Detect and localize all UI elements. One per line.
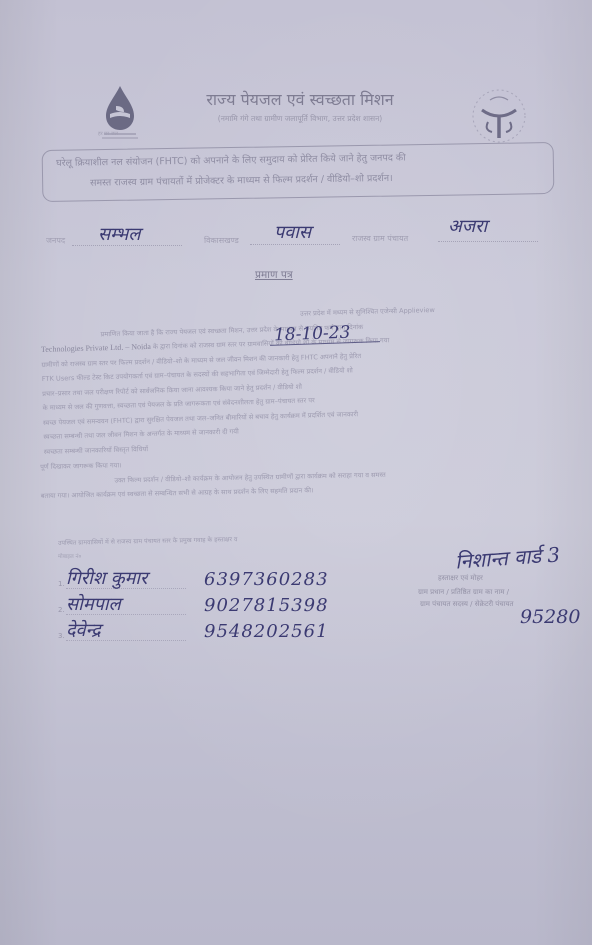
- certificate-body-continued: पूर्ण दिखाकर जागरूक किया गया। उक्त फिल्म…: [40, 449, 581, 504]
- signature-caption: हस्ताक्षर एवं मोहर: [438, 574, 483, 583]
- witness-number: 1.: [58, 580, 65, 588]
- certificate-body: उत्तर प्रदेश में मध्यम से सुनिश्चित एजेन…: [40, 299, 584, 459]
- village-label: राजस्व ग्राम पंचायत: [352, 233, 408, 244]
- up-govt-emblem-icon: [468, 86, 530, 146]
- witness-phone: 6397360283: [204, 569, 329, 590]
- signatory-phone: 95280: [520, 606, 580, 628]
- org-subtitle: (नमामि गंगे तथा ग्रामीण जलापूर्ति विभाग,…: [150, 114, 450, 124]
- signature-handwritten: निशान्त वार्ड 3: [454, 540, 561, 574]
- witness-name: गिरीश कुमार: [66, 566, 147, 590]
- witness-row: 2. सोमपाल 9027815398: [58, 590, 358, 616]
- certificate-title: प्रमाण पत्र: [255, 268, 293, 282]
- witness-row: 3. देवेन्द्र 9548202561: [58, 616, 358, 642]
- district-label: जनपद: [46, 235, 65, 246]
- org-title: राज्य पेयजल एवं स्वच्छता मिशन: [150, 88, 450, 110]
- witness-intro-2: मोबाइल नं०: [58, 552, 81, 560]
- company-name: Technologies Private Ltd. – Noida: [41, 342, 151, 354]
- witness-row: 1. गिरीश कुमार 6397360283: [58, 564, 358, 590]
- witness-number: 2.: [58, 606, 65, 614]
- witness-phone: 9027815398: [204, 595, 329, 616]
- witness-intro: उपस्थित ग्रामवासियों में से राजस्व ग्राम…: [58, 534, 238, 547]
- witness-name: सोमपाल: [66, 592, 121, 616]
- witness-phone: 9548202561: [204, 621, 329, 642]
- left-logo-caption: हर घर जल: [98, 131, 118, 137]
- witness-name: देवेन्द्र: [66, 618, 101, 642]
- block-value: पवास: [274, 220, 311, 244]
- block-label: विकासखण्ड: [204, 235, 239, 246]
- district-value: सम्भल: [98, 222, 140, 246]
- signature-role-caption-2: ग्राम पंचायत सदस्य / सेक्रेटरी पंचायत: [420, 600, 514, 609]
- signature-role-caption: ग्राम प्रधान / प्रतिष्ठित ग्राम का नाम /: [418, 588, 509, 597]
- village-value: अजरा: [448, 214, 487, 238]
- village-line: [438, 240, 538, 242]
- witness-number: 3.: [58, 632, 65, 640]
